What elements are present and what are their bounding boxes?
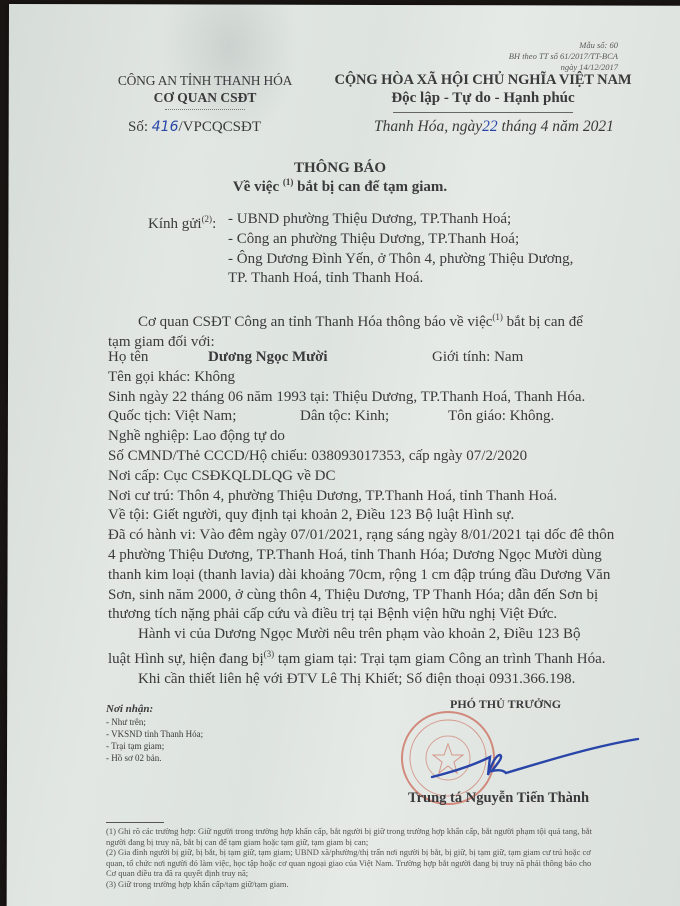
footnote-ref: (3) — [264, 649, 275, 659]
recipient-item: - UBND phường Thiệu Dương, TP.Thanh Hoá; — [228, 210, 573, 230]
subject-religion: Tôn giáo: Không. — [448, 407, 554, 427]
doc-number-label: Số: — [128, 119, 152, 135]
doc-number-suffix: /VPCQCSĐT — [179, 119, 262, 135]
national-motto: Độc lập - Tự do - Hạnh phúc — [318, 89, 648, 108]
subject-name: Dương Ngọc Mười — [208, 348, 328, 368]
form-reference: Mẫu số: 60 BH theo TT số 61/2017/TT-BCA … — [509, 40, 618, 73]
footnote-ref: (2) — [202, 214, 213, 224]
place-date-prefix: Thanh Hóa, ngày — [374, 118, 482, 135]
footnote-ref: (1) — [283, 177, 294, 187]
footnote-line: (2) Gia đình người bị giữ, bị bắt, bị tạ… — [106, 847, 592, 858]
document-title: THÔNG BÁO — [0, 160, 680, 177]
subject-prefix: Về việc — [233, 179, 283, 195]
subject-residence: Nơi cư trú: Thôn 4, phường Thiệu Dương, … — [108, 487, 628, 507]
conclusion-line: Hành vi của Dương Ngọc Mười nêu trên phạ… — [108, 625, 628, 645]
signatory-name: Trung tá Nguyễn Tiến Thành — [408, 790, 589, 807]
intro-text: Cơ quan CSĐT Công an tỉnh Thanh Hóa thôn… — [138, 314, 492, 330]
receiver-item: - Như trên; — [106, 716, 203, 728]
signatory-title: PHÓ THỦ TRƯỞNG — [450, 697, 561, 712]
subject-occupation: Nghề nghiệp: Lao động tự do — [108, 427, 628, 447]
conclusion-line: luật Hình sự, hiện đang bị(3) tạm giam t… — [108, 645, 628, 670]
footnote-line: quan, tổ chức nơi người đó làm việc, học… — [106, 858, 592, 869]
document-subject: Về việc (1) bắt bị can để tạm giam. — [0, 177, 680, 196]
subject-offense: Về tội: Giết người, quy định tại khoản 2… — [108, 506, 628, 526]
recipients-colon: : — [212, 216, 216, 232]
receiver-item: - Hồ sơ 02 bản. — [106, 752, 203, 764]
subject-birth: Sinh ngày 22 tháng 06 năm 1993 tại: Thiệ… — [108, 388, 628, 408]
recipients-label: Kính gửi(2): — [148, 210, 216, 235]
recipient-item: - Ông Dương Đình Yến, ở Thôn 4, phường T… — [228, 250, 573, 270]
footnote-ref: (1) — [492, 312, 503, 322]
footnotes: (1) Ghi rõ các trường hợp: Giữ người tro… — [106, 826, 592, 890]
receiver-item: - Trại tạm giam; — [106, 740, 203, 752]
police-department: CÔNG AN TỈNH THANH HÓA — [100, 72, 310, 89]
subject-id-issuer: Nơi cấp: Cục CSĐKQLDLQG về DC — [108, 467, 628, 487]
place-date-suffix: tháng 4 năm 2021 — [498, 118, 614, 135]
header-divider — [165, 109, 245, 110]
recipient-item: - Công an phường Thiệu Dương, TP.Thanh H… — [228, 230, 573, 250]
receivers-title: Nơi nhận: — [106, 703, 153, 715]
intro-text: bắt bị can để — [503, 314, 583, 330]
conclusion-text: tạm giam tại: Trại tạm giam Công an trìn… — [274, 651, 605, 667]
subject-nationality: Quốc tịch: Việt Nam; — [108, 408, 236, 424]
acts-line: 4 phường Thiệu Dương, TP.Thanh Hoá, tỉnh… — [108, 546, 628, 566]
place-and-date: Thanh Hóa, ngày22 tháng 4 năm 2021 — [374, 118, 614, 136]
name-row: Họ tên Dương Ngọc Mười Giới tính: Nam — [108, 348, 628, 368]
acts-line: Sơn, sinh năm 2000, ở cùng thôn 4, Thiệu… — [108, 586, 628, 606]
doc-number-handwritten: 416 — [152, 119, 179, 135]
subject-alias: Tên gọi khác: Không — [108, 368, 628, 388]
receivers-list: - Như trên; - VKSND tỉnh Thanh Hóa; - Tr… — [106, 716, 203, 764]
intro-paragraph: Cơ quan CSĐT Công an tỉnh Thanh Hóa thôn… — [108, 308, 628, 353]
subject-text: bắt bị can để tạm giam. — [293, 179, 447, 195]
footnote-divider — [106, 822, 164, 823]
conclusion-text: luật Hình sự, hiện đang bị — [108, 651, 264, 667]
footnote-line: người đang bị truy nã, bắt bị can để tạm… — [106, 837, 592, 848]
footnote-line: (1) Ghi rõ các trường hợp: Giữ người tro… — [106, 826, 592, 837]
recipients-list: - UBND phường Thiệu Dương, TP.Thanh Hoá;… — [228, 210, 573, 289]
signature-icon — [430, 735, 640, 795]
day-handwritten: 22 — [482, 118, 498, 135]
motto-divider — [393, 112, 573, 113]
recipient-item: TP. Thanh Hoá, tỉnh Thanh Hoá. — [228, 269, 573, 289]
acts-line: Đã có hành vi: Vào đêm ngày 07/01/2021, … — [108, 526, 628, 546]
name-label: Họ tên — [108, 349, 148, 365]
subject-details: Họ tên Dương Ngọc Mười Giới tính: Nam Tê… — [108, 348, 628, 690]
form-ref-line: BH theo TT số 61/2017/TT-BCA — [509, 51, 618, 62]
acts-line: thương tích nặng phải cấp cứu và điều tr… — [108, 605, 628, 625]
contact-line: Khi cần thiết liên hệ với ĐTV Lê Thị Khi… — [108, 670, 628, 690]
acts-line: thanh kim loại (thanh lavia) dài khoảng … — [108, 566, 628, 586]
receiver-item: - VKSND tỉnh Thanh Hóa; — [106, 728, 203, 740]
subject-ethnicity: Dân tộc: Kinh; — [300, 407, 389, 427]
issuing-authority-header: CÔNG AN TỈNH THANH HÓA CƠ QUAN CSĐT — [100, 72, 310, 110]
footnote-line: (3) Giữ trong trường hợp khẩn cấp/tạm gi… — [106, 879, 592, 890]
subject-gender: Giới tính: Nam — [432, 348, 523, 368]
investigation-agency: CƠ QUAN CSĐT — [100, 89, 310, 106]
recipients-label-text: Kính gửi — [148, 216, 202, 232]
nationality-row: Quốc tịch: Việt Nam; Dân tộc: Kinh; Tôn … — [108, 407, 628, 427]
document-number: Số: 416/VPCQCSĐT — [128, 118, 261, 138]
national-header: CỘNG HÒA XÃ HỘI CHỦ NGHĨA VIỆT NAM Độc l… — [318, 72, 648, 113]
footnote-line: Cơ quan điều tra đã ra quyết định truy n… — [106, 868, 592, 879]
subject-id-number: Số CMND/Thẻ CCCD/Hộ chiếu: 038093017353,… — [108, 447, 628, 467]
nation-title: CỘNG HÒA XÃ HỘI CHỦ NGHĨA VIỆT NAM — [318, 72, 648, 89]
form-ref-line: Mẫu số: 60 — [509, 40, 618, 51]
intro-line: Cơ quan CSĐT Công an tỉnh Thanh Hóa thôn… — [108, 308, 628, 333]
